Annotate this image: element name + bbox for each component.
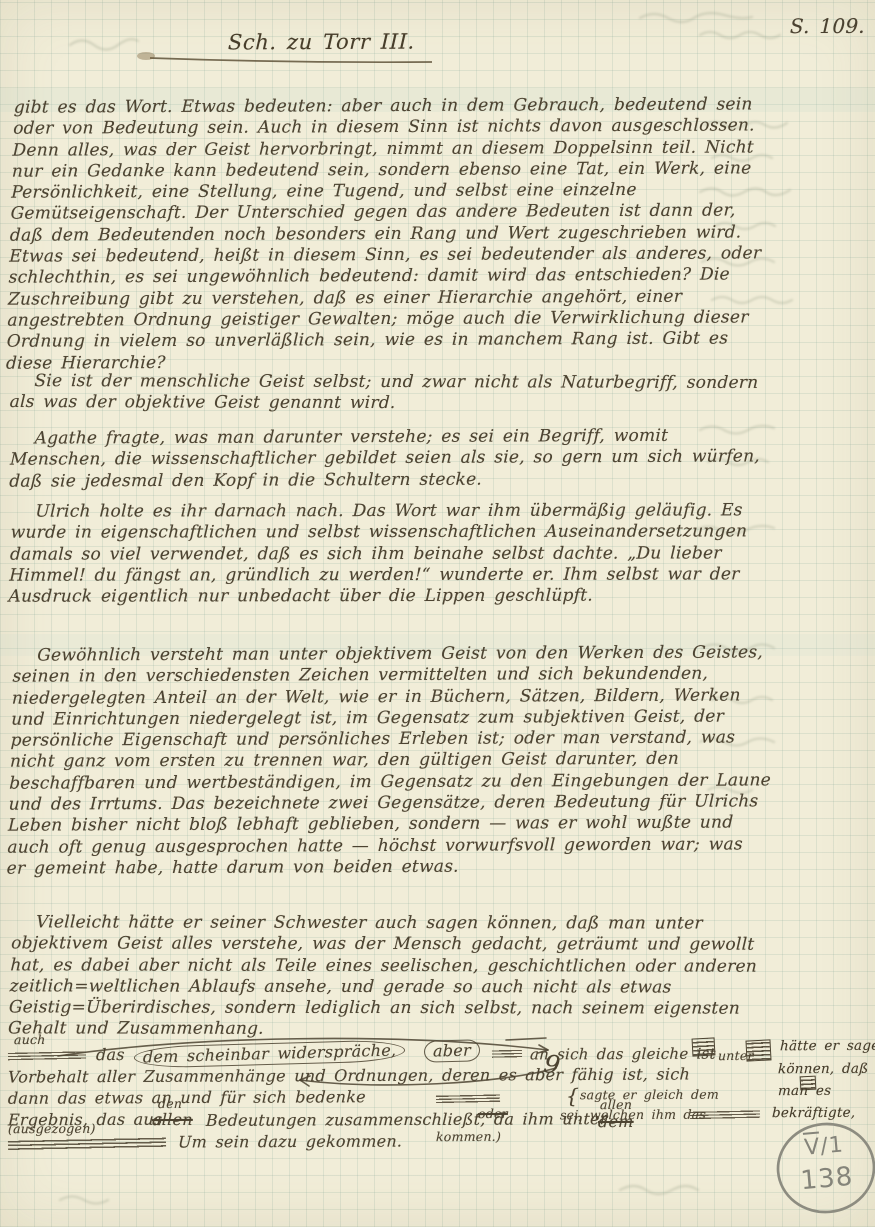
page-number: S. 109. <box>790 14 866 38</box>
margin-note-line: man es <box>778 1083 832 1099</box>
revision-tail-kommen: kommen.) <box>436 1129 502 1144</box>
revision-word-das: das <box>96 1045 125 1064</box>
insertion-brace: { <box>566 1084 580 1108</box>
strikeout-scribble <box>690 1109 760 1119</box>
paragraph-5: Gewöhnlich versteht man unter objektivem… <box>6 642 775 880</box>
strikeout-scribble <box>492 1049 522 1059</box>
revision-line-um: Um sein dazu gekommen. <box>178 1132 403 1152</box>
paragraph-3: Agathe fragte, was man darunter verstehe… <box>9 425 773 492</box>
struck-word-allen: allen <box>152 1110 193 1129</box>
strikeout-scribble <box>8 1050 86 1061</box>
revision-line-ergebnis-post: Bedeutungen zusammenschließt, da ihm unt… <box>206 1109 608 1130</box>
strikeout-scribble <box>436 1093 500 1103</box>
page-title: Sch. zu Torr III. <box>228 30 416 55</box>
circled-phrase: dem scheinbar widerspräche, <box>134 1039 406 1069</box>
insertion-mark-hatchbox-icon <box>692 1037 716 1056</box>
paragraph-6: Vielleicht hätte er seiner Schwester auc… <box>8 912 775 1041</box>
manuscript-page: Sch. zu Torr III. S. 109. gibt es das Wo… <box>0 0 875 1227</box>
circled-word-aber: aber <box>424 1039 480 1063</box>
stamp-denominator: /1 <box>819 1132 845 1159</box>
insertion-word-allen: allen <box>600 1097 633 1112</box>
paragraph-2: Sie ist der menschliche Geist selbst; un… <box>9 371 773 416</box>
margin-note-line: hätte er sagen <box>780 1038 875 1054</box>
left-margin-insert: (ausgezogen) <box>8 1121 96 1136</box>
insertion-word-den: den <box>158 1096 183 1111</box>
revision-line-vorbehalt: Vorbehalt aller Zusammenhänge und Ordnun… <box>8 1065 691 1087</box>
archive-stamp: V/1 138 <box>768 1113 875 1222</box>
struck-word-dem: dem <box>598 1112 634 1131</box>
revision-line-dann: dann das etwas an und für sich bedenke <box>8 1087 367 1108</box>
strikeout-scribble <box>8 1136 166 1150</box>
insertion-mark-hatchbox-icon <box>745 1039 771 1061</box>
paragraph-1: gibt es das Wort. Etwas bedeuten: aber a… <box>6 94 777 374</box>
insertion-word-auch: auch <box>14 1032 46 1047</box>
paragraph-4: Ulrich holte es ihr darnach nach. Das Wo… <box>8 500 774 608</box>
margin-note-line: können, daß <box>778 1061 869 1077</box>
